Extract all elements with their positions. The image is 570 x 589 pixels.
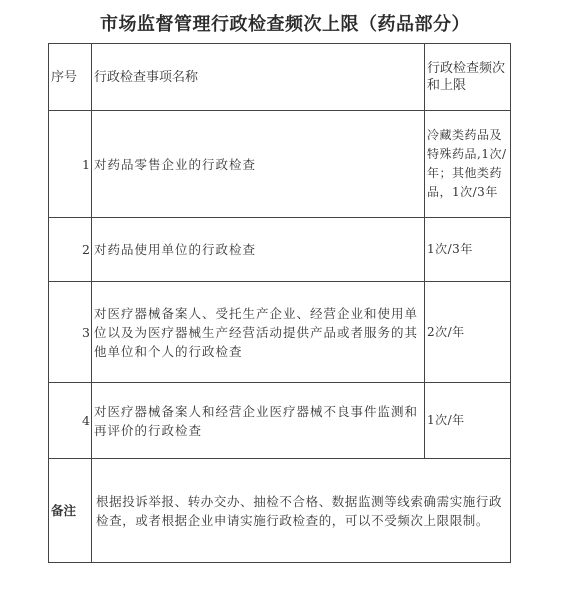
table-row: 1 对药品零售企业的行政检查 冷藏类药品及特殊药品,1次/年；其他类药品，1次/… <box>49 111 511 218</box>
row-frequency: 2次/年 <box>425 282 511 383</box>
document-title: 市场监督管理行政检查频次上限（药品部分） <box>0 10 570 36</box>
table-row: 4 对医疗器械备案人和经营企业医疗器械不良事件监测和再评价的行政检查 1次/年 <box>49 383 511 459</box>
row-index: 4 <box>49 383 92 459</box>
row-frequency: 1次/年 <box>425 383 511 459</box>
table-header-row: 序号 行政检查事项名称 行政检查频次和上限 <box>49 44 511 111</box>
note-label: 备注 <box>49 459 92 563</box>
row-frequency: 冷藏类药品及特殊药品,1次/年；其他类药品，1次/3年 <box>425 111 511 218</box>
note-row: 备注 根据投诉举报、转办交办、抽检不合格、数据监测等线索确需实施行政检查，或者根… <box>49 459 511 563</box>
row-index: 2 <box>49 218 92 282</box>
row-frequency: 1次/3年 <box>425 218 511 282</box>
table-row: 3 对医疗器械备案人、受托生产企业、经营企业和使用单位以及为医疗器械生产经营活动… <box>49 282 511 383</box>
row-name: 对医疗器械备案人、受托生产企业、经营企业和使用单位以及为医疗器械生产经营活动提供… <box>92 282 425 383</box>
row-index: 3 <box>49 282 92 383</box>
header-frequency: 行政检查频次和上限 <box>425 44 511 111</box>
row-name: 对药品零售企业的行政检查 <box>92 111 425 218</box>
note-text: 根据投诉举报、转办交办、抽检不合格、数据监测等线索确需实施行政检查，或者根据企业… <box>92 459 511 563</box>
table-row: 2 对药品使用单位的行政检查 1次/3年 <box>49 218 511 282</box>
inspection-frequency-table: 序号 行政检查事项名称 行政检查频次和上限 1 对药品零售企业的行政检查 冷藏类… <box>48 43 511 563</box>
row-name: 对医疗器械备案人和经营企业医疗器械不良事件监测和再评价的行政检查 <box>92 383 425 459</box>
header-index: 序号 <box>49 44 92 111</box>
row-index: 1 <box>49 111 92 218</box>
row-name: 对药品使用单位的行政检查 <box>92 218 425 282</box>
header-name: 行政检查事项名称 <box>92 44 425 111</box>
